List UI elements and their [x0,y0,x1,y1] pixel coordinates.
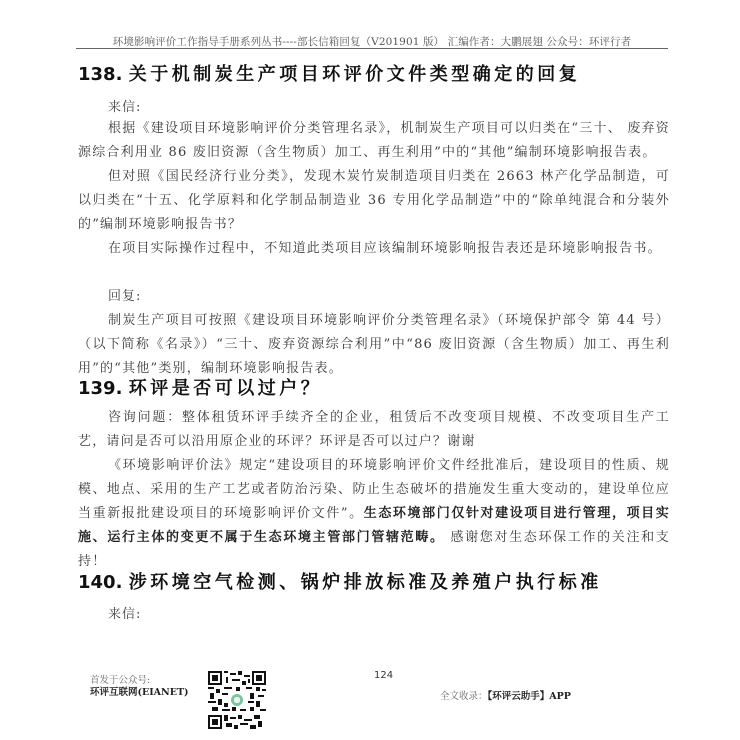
published-name: 环评互联网(EIANET) [90,687,189,699]
reply-label: 回复: [108,285,141,304]
paragraph: 《环境影响评价法》规定“建设项目的环境影响评价文件经批准后，建设项目的性质、规模… [78,454,670,574]
collected-app: 【环评云助手】APP [488,691,571,702]
letter-label: 来信: [108,603,141,622]
section-number: 140. [78,572,122,593]
paragraph: 制炭生产项目可按照《建设项目环境影响评价分类管理名录》（环境保护部令 第 44 … [78,309,670,381]
letter-label: 来信: [108,96,141,115]
section-140-title: 140. 涉环境空气检测、锅炉排放标准及养殖户执行标准 [78,568,602,594]
section-138-title: 138. 关于机制炭生产项目环评价文件类型确定的回复 [78,60,580,86]
section-heading: 环评是否可以过户？ [129,378,323,399]
collected-label: 全文收录： [440,691,488,702]
qr-code-icon [208,671,266,729]
section-number: 139. [78,378,122,399]
paragraph: 但对照《国民经济行业分类》，发现木炭竹炭制造项目归类在 2663 林产化学品制造… [78,165,670,237]
section-number: 138. [78,64,122,85]
section-138-letter: 根据《建设项目环境影响评价分类管理名录》，机制炭生产项目可以归类在“三十、 废弃… [78,117,670,261]
section-139-answer: 《环境影响评价法》规定“建设项目的环境影响评价文件经批准后，建设项目的性质、规模… [78,454,670,574]
document-page: 环境影响评价工作指导手册系列丛书----部长信箱回复（V201901 版） 汇编… [0,0,740,740]
section-138-reply: 制炭生产项目可按照《建设项目环境影响评价分类管理名录》（环境保护部令 第 44 … [78,309,670,381]
section-heading: 涉环境空气检测、锅炉排放标准及养殖户执行标准 [129,572,602,593]
paragraph: 咨询问题：整体租赁环评手续齐全的企业，租赁后不改变项目规模、不改变项目生产工艺，… [78,406,670,454]
section-heading: 关于机制炭生产项目环评价文件类型确定的回复 [129,64,581,85]
section-139-title: 139. 环评是否可以过户？ [78,374,322,400]
paragraph: 根据《建设项目环境影响评价分类管理名录》，机制炭生产项目可以归类在“三十、 废弃… [78,117,670,165]
header-rule [76,48,668,49]
published-label: 首发于公众号: [90,675,189,687]
footer-collected: 全文收录：【环评云助手】APP [440,688,571,702]
page-number: 124 [374,670,393,681]
paragraph: 在项目实际操作过程中，不知道此类项目应该编制环境影响报告表还是环境影响报告书。 [78,237,670,261]
footer-publisher: 首发于公众号: 环评互联网(EIANET) [90,675,189,699]
running-header: 环境影响评价工作指导手册系列丛书----部长信箱回复（V201901 版） 汇编… [76,34,668,48]
section-139-question: 咨询问题：整体租赁环评手续齐全的企业，租赁后不改变项目规模、不改变项目生产工艺，… [78,406,670,454]
